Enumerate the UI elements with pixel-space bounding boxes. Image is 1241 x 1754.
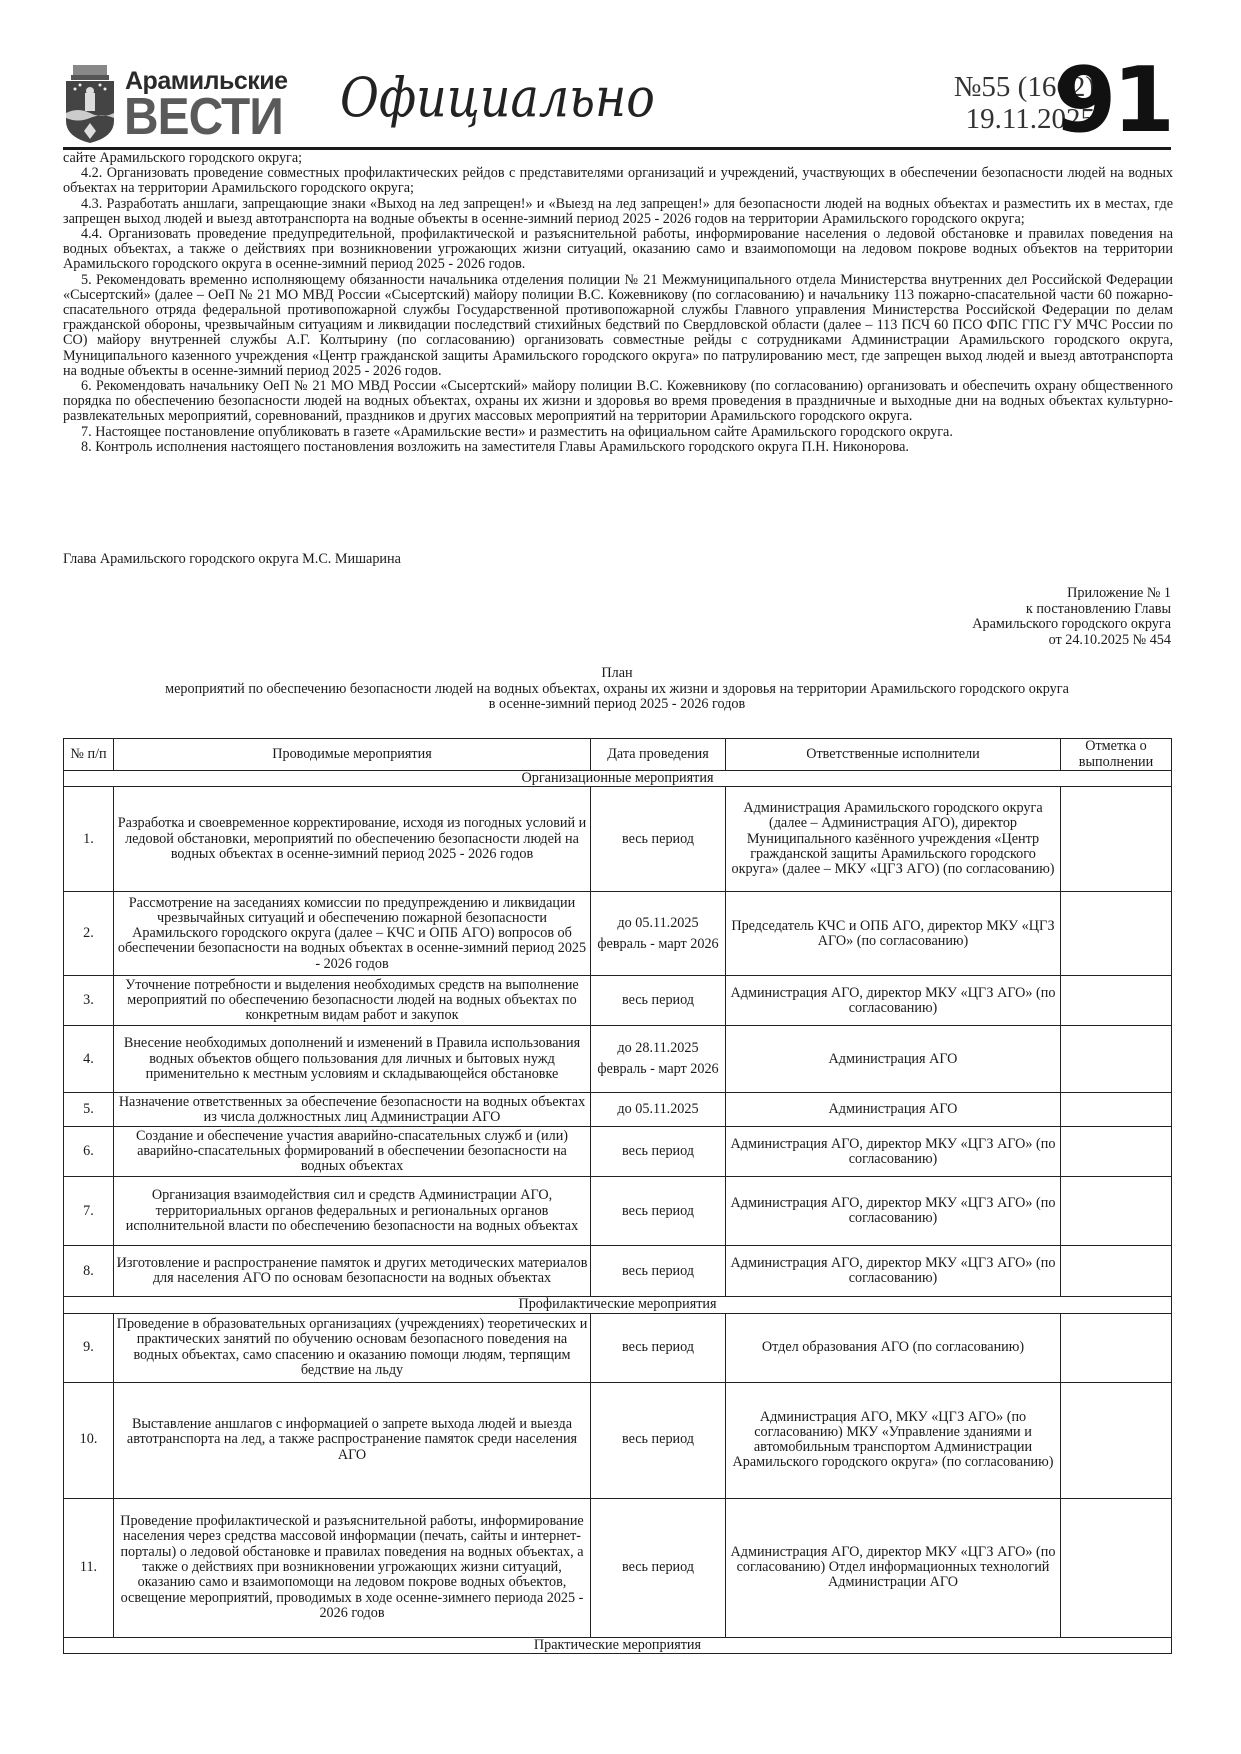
row-activity: Разработка и своевременное корректирован… bbox=[114, 787, 591, 892]
row-completion-mark bbox=[1061, 1382, 1172, 1498]
section-title: Профилактические мероприятия bbox=[64, 1297, 1172, 1313]
date-value: весь период bbox=[593, 1204, 723, 1219]
row-activity: Организация взаимодействия сил и средств… bbox=[114, 1177, 591, 1246]
row-completion-mark bbox=[1061, 976, 1172, 1026]
body-paragraph: 4.2. Организовать проведение совместных … bbox=[63, 166, 1173, 196]
table-row: 11.Проведение профилактической и разъясн… bbox=[64, 1498, 1172, 1637]
row-completion-mark bbox=[1061, 892, 1172, 976]
row-activity: Рассмотрение на заседаниях комиссии по п… bbox=[114, 892, 591, 976]
row-date: весь период bbox=[591, 1382, 726, 1498]
row-completion-mark bbox=[1061, 1177, 1172, 1246]
table-row: 6.Создание и обеспечение участия аварийн… bbox=[64, 1127, 1172, 1177]
date-value: весь период bbox=[593, 993, 723, 1008]
header-responsible: Ответственные исполнители bbox=[726, 739, 1061, 771]
table-row: 7.Организация взаимодействия сил и средс… bbox=[64, 1177, 1172, 1246]
date-value: весь период bbox=[593, 832, 723, 847]
row-activity: Проведение профилактической и разъясните… bbox=[114, 1498, 591, 1637]
table-row: 4.Внесение необходимых дополнений и изме… bbox=[64, 1026, 1172, 1093]
row-responsible: Администрация АГО, директор МКУ «ЦГЗ АГО… bbox=[726, 1246, 1061, 1297]
date-value: до 28.11.2025 bbox=[593, 1041, 723, 1056]
plan-subtitle: мероприятий по обеспечению безопасности … bbox=[63, 682, 1171, 698]
signature: Глава Арамильского городского округа М.С… bbox=[63, 551, 401, 568]
row-date: весь период bbox=[591, 1127, 726, 1177]
row-date: весь период bbox=[591, 1498, 726, 1637]
plan-subtitle: в осенне-зимний период 2025 - 2026 годов bbox=[63, 697, 1171, 713]
date-value: весь период bbox=[593, 1264, 723, 1279]
row-activity: Уточнение потребности и выделения необхо… bbox=[114, 976, 591, 1026]
row-activity: Создание и обеспечение участия аварийно-… bbox=[114, 1127, 591, 1177]
appendix-line: к постановлению Главы bbox=[972, 602, 1171, 618]
row-responsible: Администрация АГО, директор МКУ «ЦГЗ АГО… bbox=[726, 1177, 1061, 1246]
row-responsible: Администрация АГО, директор МКУ «ЦГЗ АГО… bbox=[726, 1127, 1061, 1177]
row-number: 6. bbox=[64, 1127, 114, 1177]
plan-table: № п/п Проводимые мероприятия Дата провед… bbox=[63, 738, 1172, 1654]
row-date: до 28.11.2025февраль - март 2026 bbox=[591, 1026, 726, 1093]
row-number: 8. bbox=[64, 1246, 114, 1297]
masthead: Арамильские ВЕСТИ Официально №55 (1662) … bbox=[63, 55, 1171, 150]
row-number: 2. bbox=[64, 892, 114, 976]
resolution-body: сайте Арамильского городского округа;4.2… bbox=[63, 151, 1173, 455]
appendix-reference: Приложение № 1 к постановлению Главы Ара… bbox=[972, 586, 1171, 648]
date-value: весь период bbox=[593, 1144, 723, 1159]
table-row: 5.Назначение ответственных за обеспечени… bbox=[64, 1093, 1172, 1127]
table-row: 3.Уточнение потребности и выделения необ… bbox=[64, 976, 1172, 1026]
table-row: 2.Рассмотрение на заседаниях комиссии по… bbox=[64, 892, 1172, 976]
row-responsible: Администрация Арамильского городского ок… bbox=[726, 787, 1061, 892]
plan-title: План bbox=[63, 666, 1171, 682]
section-row: Организационные мероприятия bbox=[64, 771, 1172, 787]
row-completion-mark bbox=[1061, 1127, 1172, 1177]
row-number: 7. bbox=[64, 1177, 114, 1246]
row-completion-mark bbox=[1061, 787, 1172, 892]
section-title: Организационные мероприятия bbox=[64, 771, 1172, 787]
table-row: 1.Разработка и своевременное корректиров… bbox=[64, 787, 1172, 892]
city-coat-of-arms-icon bbox=[63, 63, 117, 145]
table-row: 8.Изготовление и распространение памяток… bbox=[64, 1246, 1172, 1297]
row-number: 11. bbox=[64, 1498, 114, 1637]
body-paragraph: 7. Настоящее постановление опубликовать … bbox=[63, 425, 1173, 440]
row-number: 1. bbox=[64, 787, 114, 892]
row-completion-mark bbox=[1061, 1498, 1172, 1637]
table-row: 9.Проведение в образовательных организац… bbox=[64, 1313, 1172, 1382]
brand-name-main: ВЕСТИ bbox=[124, 87, 283, 147]
row-number: 5. bbox=[64, 1093, 114, 1127]
row-responsible: Председатель КЧС и ОПБ АГО, директор МКУ… bbox=[726, 892, 1061, 976]
date-value: февраль - март 2026 bbox=[593, 937, 723, 952]
date-value: весь период bbox=[593, 1560, 723, 1575]
row-completion-mark bbox=[1061, 1026, 1172, 1093]
row-date: весь период bbox=[591, 1246, 726, 1297]
appendix-line: Приложение № 1 bbox=[972, 586, 1171, 602]
row-number: 10. bbox=[64, 1382, 114, 1498]
header-date: Дата проведения bbox=[591, 739, 726, 771]
row-responsible: Отдел образования АГО (по согласованию) bbox=[726, 1313, 1061, 1382]
body-paragraph: 6. Рекомендовать начальнику ОеП № 21 МО … bbox=[63, 379, 1173, 425]
row-responsible: Администрация АГО, директор МКУ «ЦГЗ АГО… bbox=[726, 1498, 1061, 1637]
row-completion-mark bbox=[1061, 1246, 1172, 1297]
row-number: 3. bbox=[64, 976, 114, 1026]
row-date: весь период bbox=[591, 787, 726, 892]
header-mark: Отметка о выполнении bbox=[1061, 739, 1172, 771]
row-date: весь период bbox=[591, 1177, 726, 1246]
row-completion-mark bbox=[1061, 1093, 1172, 1127]
table-header-row: № п/п Проводимые мероприятия Дата провед… bbox=[64, 739, 1172, 771]
body-paragraph: 4.4. Организовать проведение предупредит… bbox=[63, 227, 1173, 273]
date-value: весь период bbox=[593, 1340, 723, 1355]
page-number: 91 bbox=[1054, 51, 1171, 151]
date-value: до 05.11.2025 bbox=[593, 916, 723, 931]
plan-title-block: План мероприятий по обеспечению безопасн… bbox=[63, 666, 1171, 713]
date-value: весь период bbox=[593, 1432, 723, 1447]
row-date: до 05.11.2025 bbox=[591, 1093, 726, 1127]
row-completion-mark bbox=[1061, 1313, 1172, 1382]
date-value: до 05.11.2025 bbox=[593, 1102, 723, 1117]
row-date: весь период bbox=[591, 1313, 726, 1382]
row-number: 4. bbox=[64, 1026, 114, 1093]
row-activity: Выставление аншлагов с информацией о зап… bbox=[114, 1382, 591, 1498]
row-activity: Изготовление и распространение памяток и… bbox=[114, 1246, 591, 1297]
section-row: Профилактические мероприятия bbox=[64, 1297, 1172, 1313]
row-activity: Проведение в образовательных организация… bbox=[114, 1313, 591, 1382]
header-num: № п/п bbox=[64, 739, 114, 771]
body-paragraph: 4.3. Разработать аншлаги, запрещающие зн… bbox=[63, 197, 1173, 227]
header-activity: Проводимые мероприятия bbox=[114, 739, 591, 771]
date-value: февраль - март 2026 bbox=[593, 1062, 723, 1077]
row-activity: Внесение необходимых дополнений и измене… bbox=[114, 1026, 591, 1093]
section-title: Практические мероприятия bbox=[64, 1637, 1172, 1653]
row-responsible: Администрация АГО, директор МКУ «ЦГЗ АГО… bbox=[726, 976, 1061, 1026]
row-responsible: Администрация АГО bbox=[726, 1026, 1061, 1093]
row-responsible: Администрация АГО, МКУ «ЦГЗ АГО» (по сог… bbox=[726, 1382, 1061, 1498]
table-row: 10.Выставление аншлагов с информацией о … bbox=[64, 1382, 1172, 1498]
appendix-line: Арамильского городского округа bbox=[972, 617, 1171, 633]
row-date: до 05.11.2025февраль - март 2026 bbox=[591, 892, 726, 976]
row-date: весь период bbox=[591, 976, 726, 1026]
body-paragraph: сайте Арамильского городского округа; bbox=[63, 151, 1173, 166]
appendix-line: от 24.10.2025 № 454 bbox=[972, 633, 1171, 649]
body-paragraph: 8. Контроль исполнения настоящего постан… bbox=[63, 440, 1173, 455]
row-responsible: Администрация АГО bbox=[726, 1093, 1061, 1127]
row-number: 9. bbox=[64, 1313, 114, 1382]
section-row: Практические мероприятия bbox=[64, 1637, 1172, 1653]
row-activity: Назначение ответственных за обеспечение … bbox=[114, 1093, 591, 1127]
body-paragraph: 5. Рекомендовать временно исполняющему о… bbox=[63, 273, 1173, 379]
section-title: Официально bbox=[340, 63, 655, 133]
